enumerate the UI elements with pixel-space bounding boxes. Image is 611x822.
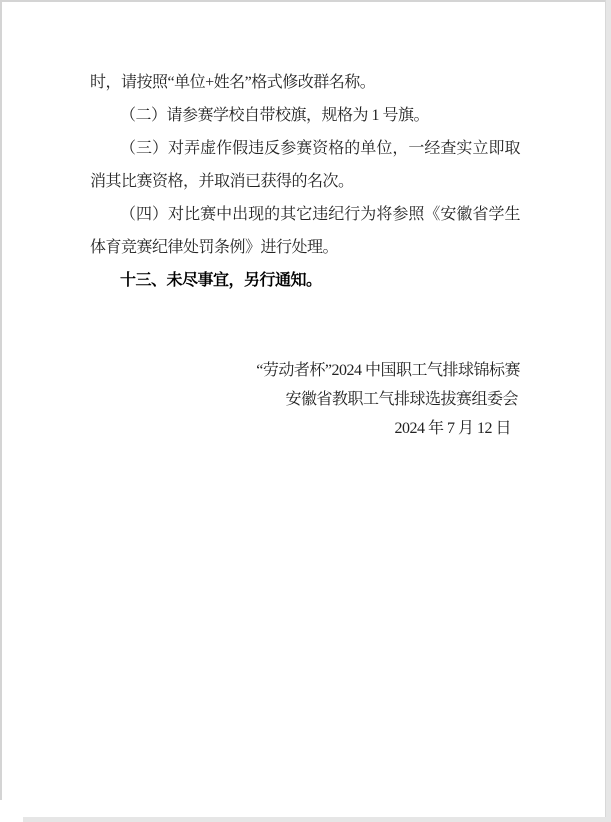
paragraph-item-3: （三）对弄虚作假违反参赛资格的单位，一经查实立即取消其比赛资格，并取消已获得的名… <box>90 132 520 198</box>
paragraph-item-2: （二）请参赛学校自带校旗，规格为 1 号旗。 <box>90 99 520 132</box>
scanned-document-page: 时，请按照“单位+姓名”格式修改群名称。 （二）请参赛学校自带校旗，规格为 1 … <box>0 0 611 822</box>
signature-block: “劳动者杯”2024 中国职工气排球锦标赛 安徽省教职工气排球选拔赛组委会 20… <box>90 356 520 443</box>
signature-date: 2024 年 7 月 12 日 <box>90 414 520 443</box>
document-body: 时，请按照“单位+姓名”格式修改群名称。 （二）请参赛学校自带校旗，规格为 1 … <box>90 66 520 297</box>
paragraph-continuation: 时，请按照“单位+姓名”格式修改群名称。 <box>90 66 520 99</box>
signature-organizer-line-2: 安徽省教职工气排球选拔赛组委会 <box>90 385 520 414</box>
scan-edge-right <box>605 0 611 822</box>
paragraph-item-4: （四）对比赛中出现的其它违纪行为将参照《安徽省学生体育竞赛纪律处罚条例》进行处理… <box>90 198 520 264</box>
paragraph-item-13-closing: 十三、未尽事宜，另行通知。 <box>90 264 520 297</box>
signature-organizer-line-1: “劳动者杯”2024 中国职工气排球锦标赛 <box>90 356 520 385</box>
scan-edge-bottom <box>23 817 611 822</box>
scan-edge-left <box>0 0 2 800</box>
scan-edge-top <box>0 0 611 2</box>
